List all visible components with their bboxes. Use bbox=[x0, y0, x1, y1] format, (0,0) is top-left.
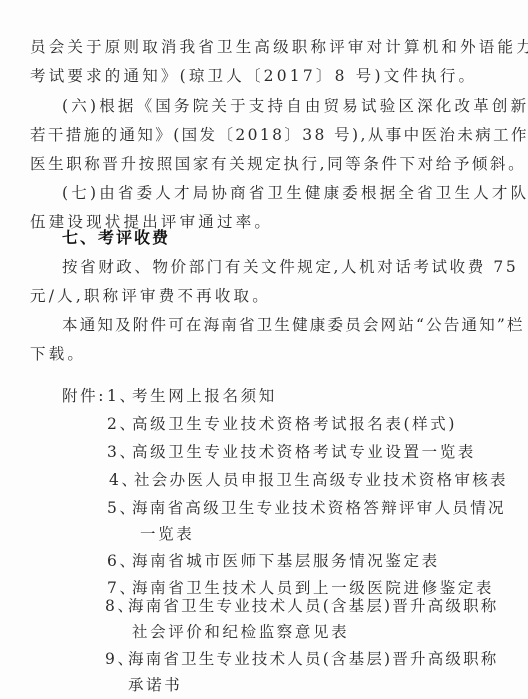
attachment-title-cont: 社会评价和纪检监察意见表 bbox=[132, 622, 349, 642]
attachment-title: 高级卫生专业技术资格考试专业设置一览表 bbox=[132, 442, 476, 462]
paragraph-line: (六)根据《国务院关于支持自由贸易试验区深化改革创新 bbox=[62, 96, 528, 116]
section-heading: 七、考评收费 bbox=[62, 228, 170, 248]
paragraph-line: 元/人,职称评审费不再收取。 bbox=[30, 286, 271, 306]
paragraph-line: 考试要求的通知》(琼卫人〔2017〕8 号)文件执行。 bbox=[30, 66, 477, 86]
paragraph-line: (七)由省委人才局协商省卫生健康委根据全省卫生人才队 bbox=[62, 183, 528, 203]
paragraph-line: 若干措施的通知》(国发〔2018〕38 号),从事中医治未病工作的 bbox=[30, 125, 528, 145]
document-page: 员会关于原则取消我省卫生高级职称评审对计算机和外语能力 考试要求的通知》(琼卫人… bbox=[0, 0, 528, 699]
paragraph-line: 下载。 bbox=[30, 344, 86, 364]
paragraph-line: 员会关于原则取消我省卫生高级职称评审对计算机和外语能力 bbox=[30, 37, 528, 57]
paragraph-line: 按省财政、物价部门有关文件规定,人机对话考试收费 75 bbox=[62, 257, 518, 277]
attachment-title-cont: 一览表 bbox=[140, 524, 194, 544]
attachment-title: 海南省高级卫生专业技术资格答辩评审人员情况 bbox=[132, 498, 506, 518]
attachment-title: 社会办医人员申报卫生高级专业技术资格审核表 bbox=[134, 470, 508, 490]
paragraph-line: 本通知及附件可在海南省卫生健康委员会网站“公告通知”栏 bbox=[62, 315, 525, 335]
attachment-title: 高级卫生专业技术资格考试报名表(样式) bbox=[132, 414, 457, 434]
attachment-title: 海南省卫生专业技术人员(含基层)晋升高级职称 bbox=[128, 649, 499, 669]
attachment-title: 考生网上报名须知 bbox=[132, 386, 277, 406]
attachment-title-cont: 承诺书 bbox=[128, 675, 182, 695]
attachments-label: 附件: bbox=[62, 386, 106, 406]
attachment-title: 海南省城市医师下基层服务情况鉴定表 bbox=[132, 551, 440, 571]
paragraph-line: 医生职称晋升按照国家有关规定执行,同等条件下对给予倾斜。 bbox=[30, 154, 526, 174]
attachment-title: 海南省卫生专业技术人员(含基层)晋升高级职称 bbox=[128, 596, 499, 616]
attachment-title: 海南省卫生技术人员到上一级医院进修鉴定表 bbox=[132, 578, 494, 598]
